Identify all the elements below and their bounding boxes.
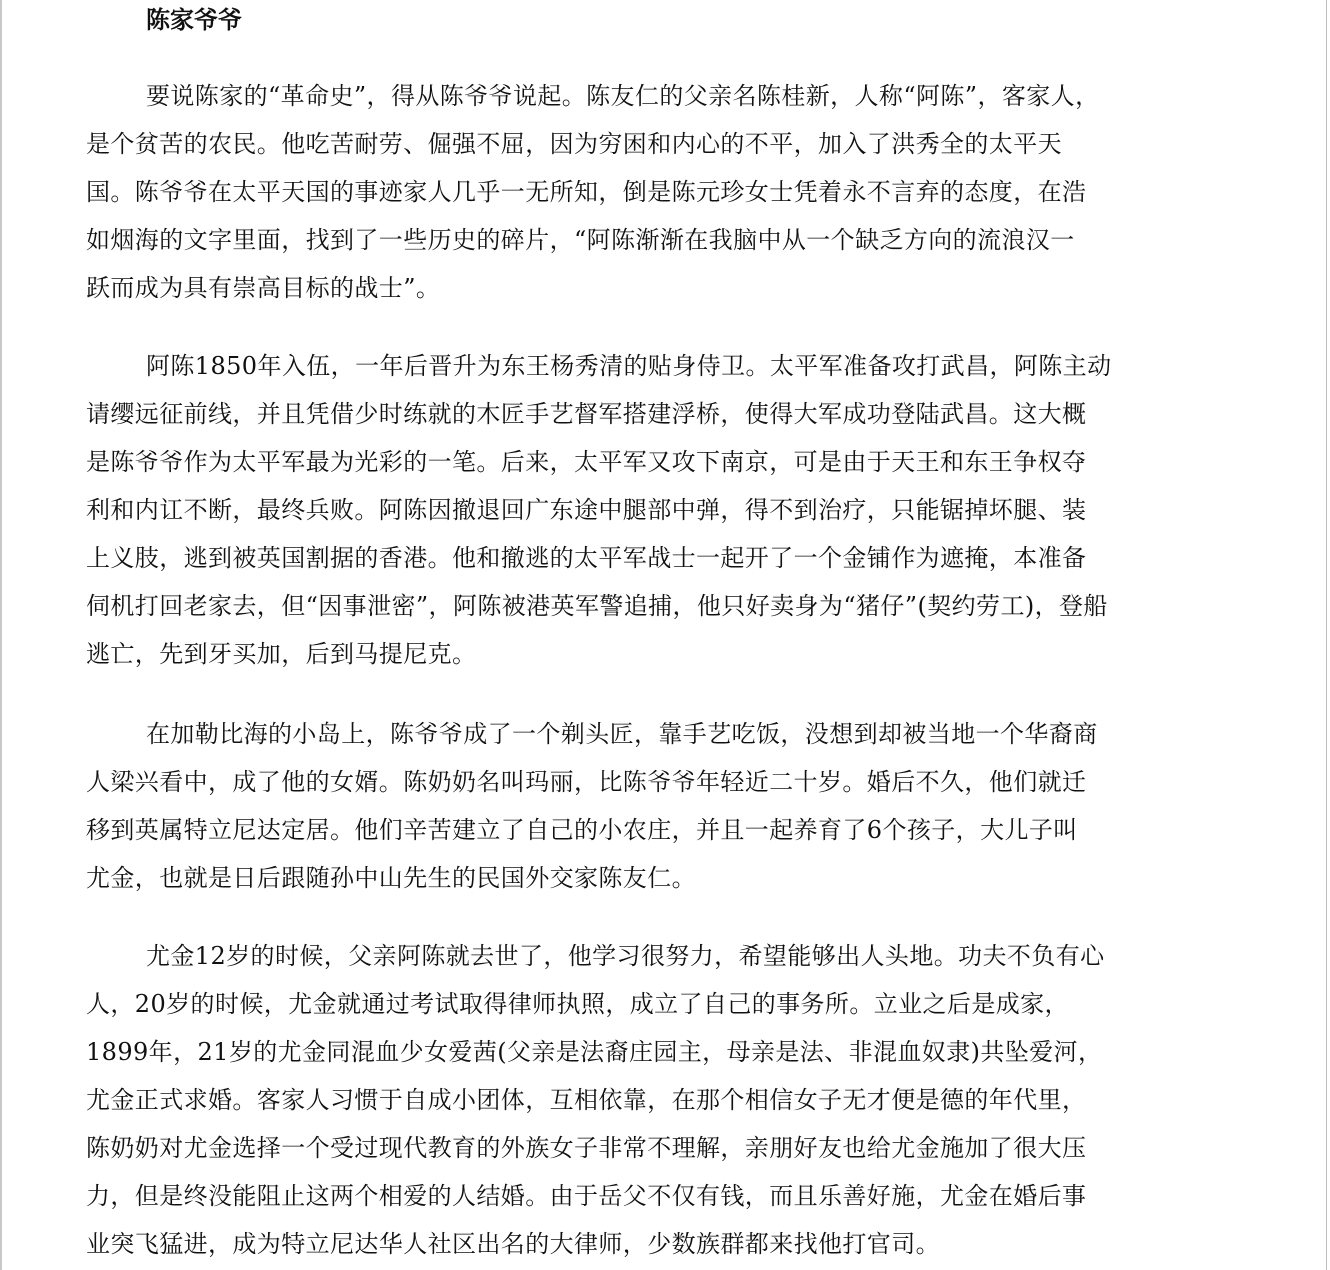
paragraph-line: 陈奶奶对尤金选择一个受过现代教育的外族女子非常不理解，亲朋好友也给尤金施加了很大… [86,1124,1246,1172]
page-left-border [0,0,2,1270]
paragraph-line: 阿陈1850年入伍，一年后晋升为东王杨秀清的贴身侍卫。太平军准备攻打武昌，阿陈主… [86,342,1246,390]
paragraph-4: 尤金12岁的时候，父亲阿陈就去世了，他学习很努力，希望能够出人头地。功夫不负有心… [86,932,1246,1268]
paragraph-3: 在加勒比海的小岛上，陈爷爷成了一个剃头匠，靠手艺吃饭，没想到却被当地一个华裔商 … [86,710,1246,902]
paragraph-line: 业突飞猛进，成为特立尼达华人社区出名的大律师，少数族群都来找他打官司。 [86,1220,1246,1268]
paragraph-line: 是陈爷爷作为太平军最为光彩的一笔。后来，太平军又攻下南京，可是由于天王和东王争权… [86,438,1246,486]
section-title: 陈家爷爷 [146,2,242,38]
paragraph-line: 国。陈爷爷在太平天国的事迹家人几乎一无所知，倒是陈元珍女士凭着永不言弃的态度，在… [86,168,1246,216]
paragraph-line: 要说陈家的“革命史”，得从陈爷爷说起。陈友仁的父亲名陈桂新，人称“阿陈”，客家人… [86,72,1246,120]
paragraph-line: 力，但是终没能阻止这两个相爱的人结婚。由于岳父不仅有钱，而且乐善好施，尤金在婚后… [86,1172,1246,1220]
page-right-border [1326,0,1327,1270]
paragraph-line: 逃亡，先到牙买加，后到马提尼克。 [86,630,1246,678]
paragraph-line: 利和内讧不断，最终兵败。阿陈因撤退回广东途中腿部中弹，得不到治疗，只能锯掉坏腿、… [86,486,1246,534]
paragraph-line: 移到英属特立尼达定居。他们辛苦建立了自己的小农庄，并且一起养育了6个孩子，大儿子… [86,806,1246,854]
paragraph-line: 在加勒比海的小岛上，陈爷爷成了一个剃头匠，靠手艺吃饭，没想到却被当地一个华裔商 [86,710,1246,758]
paragraph-line: 如烟海的文字里面，找到了一些历史的碎片，“阿陈渐渐在我脑中从一个缺乏方向的流浪汉… [86,216,1246,264]
paragraph-line: 上义肢，逃到被英国割据的香港。他和撤逃的太平军战士一起开了一个金铺作为遮掩，本准… [86,534,1246,582]
paragraph-line: 人，20岁的时候，尤金就通过考试取得律师执照，成立了自己的事务所。立业之后是成家… [86,980,1246,1028]
paragraph-line: 尤金，也就是日后跟随孙中山先生的民国外交家陈友仁。 [86,854,1246,902]
paragraph-line: 1899年，21岁的尤金同混血少女爱茜(父亲是法裔庄园主，母亲是法、非混血奴隶)… [86,1028,1246,1076]
paragraph-1: 要说陈家的“革命史”，得从陈爷爷说起。陈友仁的父亲名陈桂新，人称“阿陈”，客家人… [86,72,1246,312]
paragraph-line: 人梁兴看中，成了他的女婿。陈奶奶名叫玛丽，比陈爷爷年轻近二十岁。婚后不久，他们就… [86,758,1246,806]
paragraph-line: 是个贫苦的农民。他吃苦耐劳、倔强不屈，因为穷困和内心的不平，加入了洪秀全的太平天 [86,120,1246,168]
paragraph-line: 伺机打回老家去，但“因事泄密”，阿陈被港英军警追捕，他只好卖身为“猪仔”(契约劳… [86,582,1246,630]
paragraph-line: 尤金12岁的时候，父亲阿陈就去世了，他学习很努力，希望能够出人头地。功夫不负有心 [86,932,1246,980]
paragraph-line: 跃而成为具有崇高目标的战士”。 [86,264,1246,312]
paragraph-line: 尤金正式求婚。客家人习惯于自成小团体，互相依靠，在那个相信女子无才便是德的年代里… [86,1076,1246,1124]
paragraph-2: 阿陈1850年入伍，一年后晋升为东王杨秀清的贴身侍卫。太平军准备攻打武昌，阿陈主… [86,342,1246,678]
paragraph-line: 请缨远征前线，并且凭借少时练就的木匠手艺督军搭建浮桥，使得大军成功登陆武昌。这大… [86,390,1246,438]
